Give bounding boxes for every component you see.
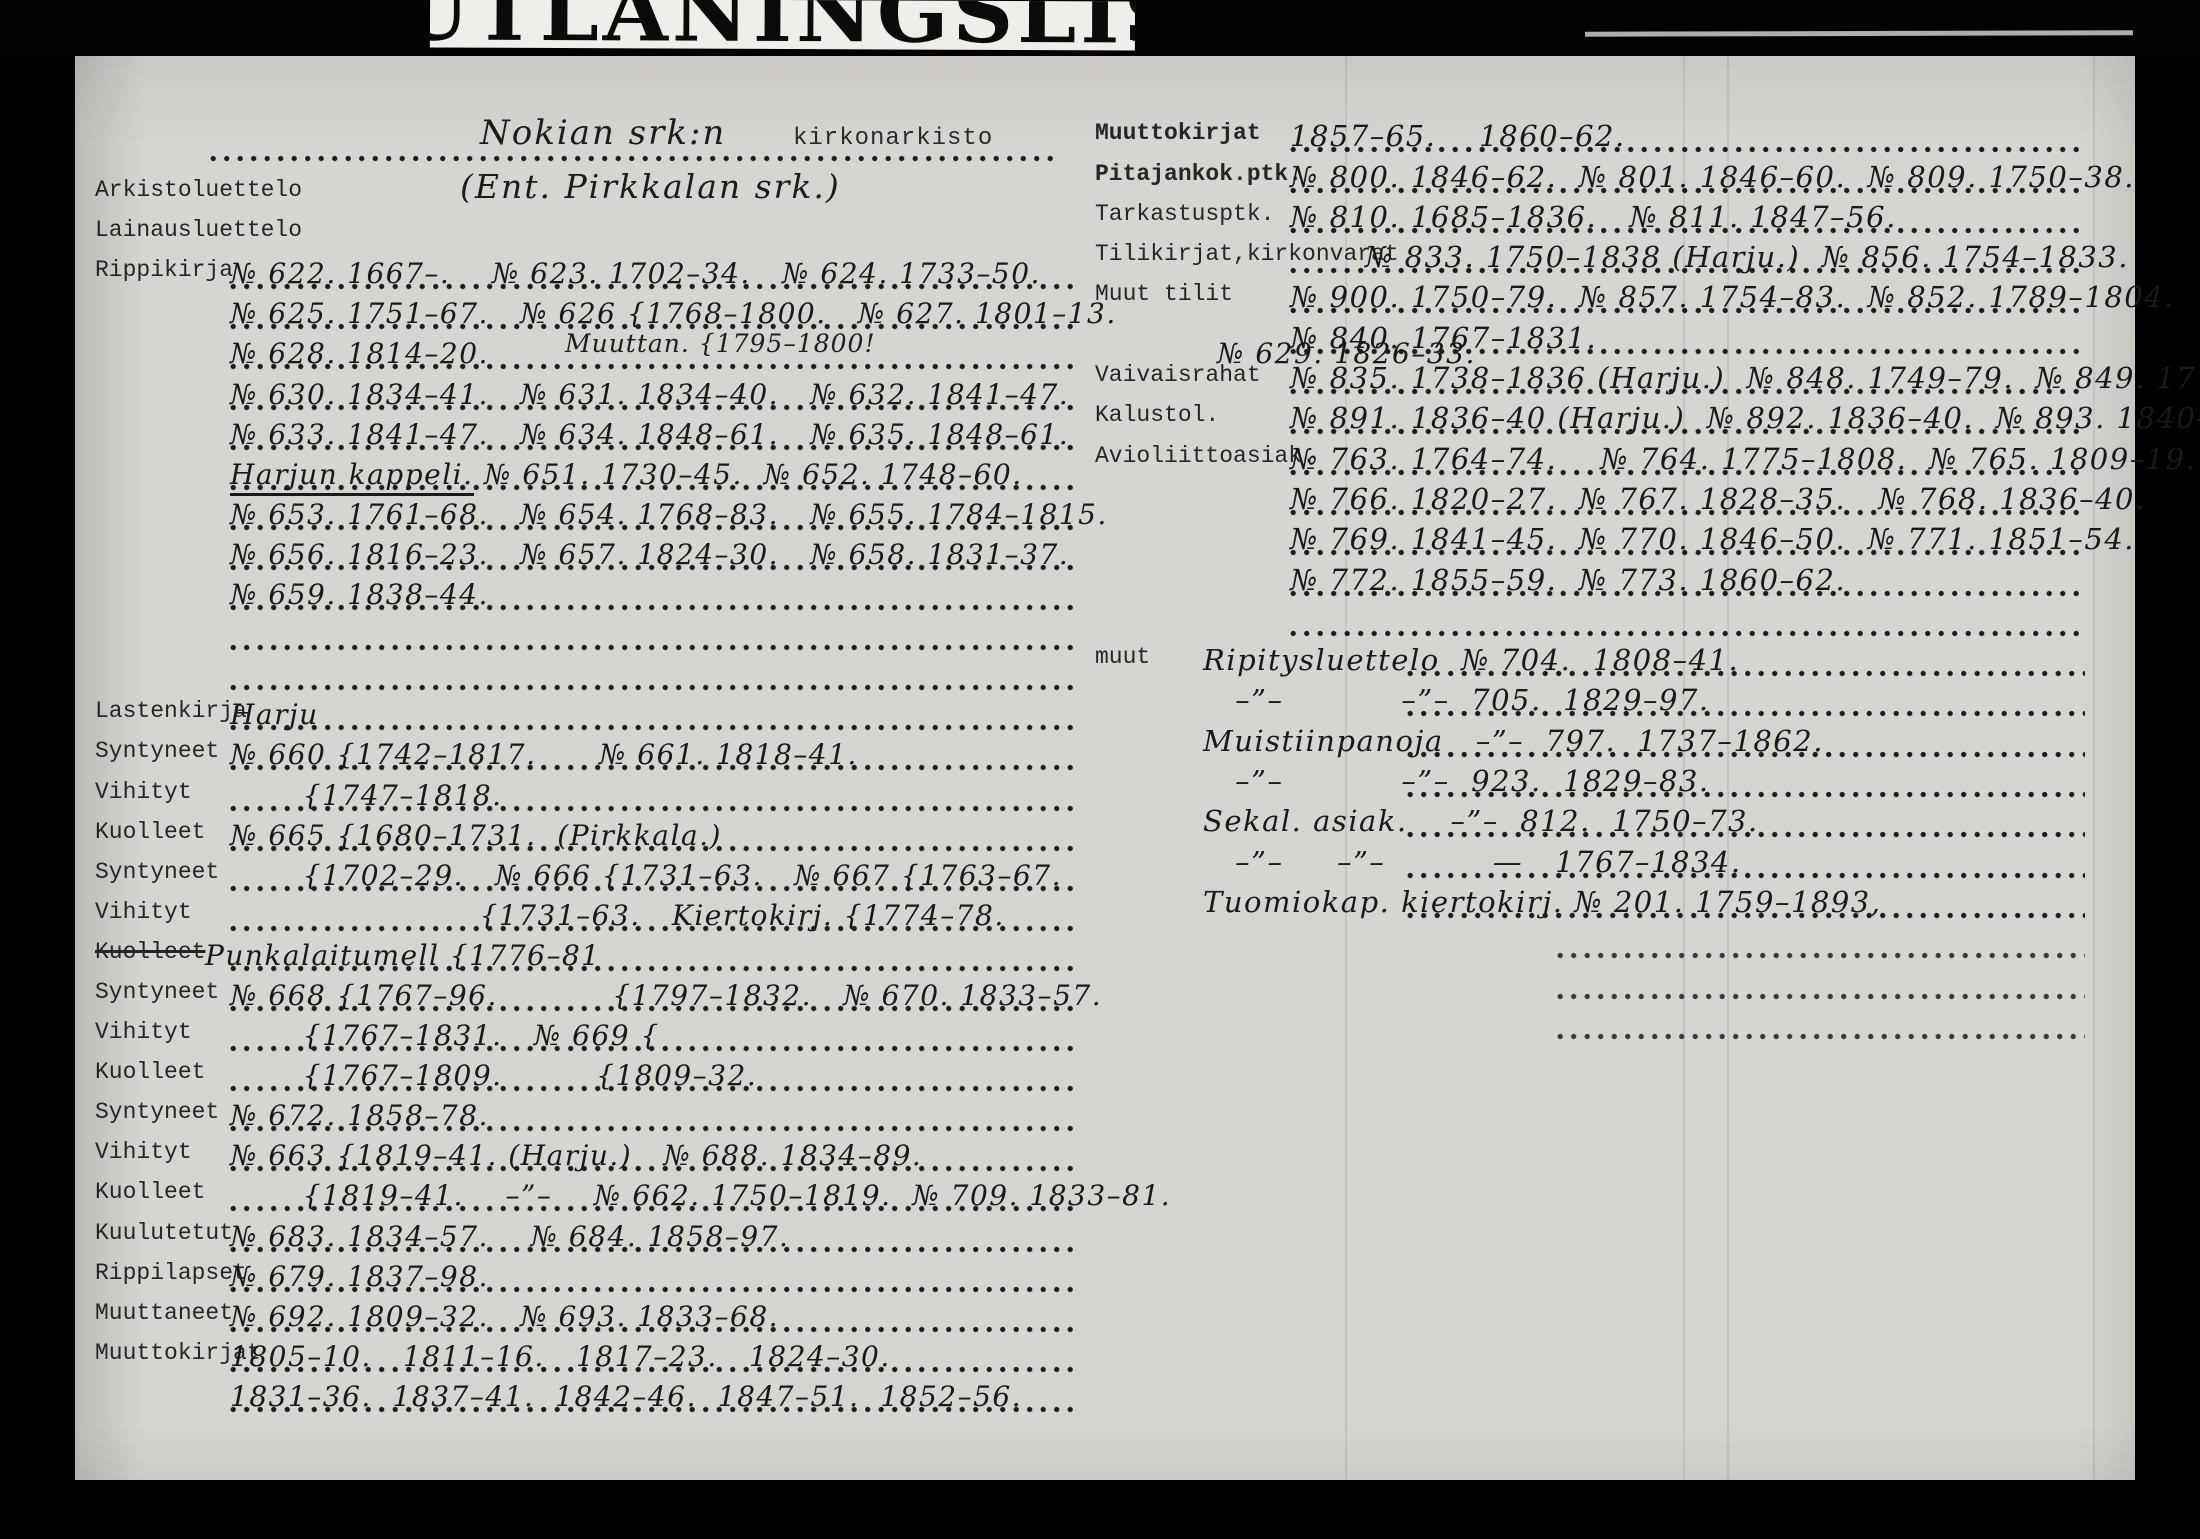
dotted-line — [1290, 549, 2085, 556]
ledger-row: Lastenkirja Harju — [95, 691, 1155, 731]
row-label: Vihityt — [95, 899, 192, 925]
ledger-row: Syntyneet № 660 {1742–1817. № 661. 1818–… — [95, 731, 1155, 771]
row-label: Syntyneet — [95, 1099, 219, 1125]
dotted-line — [230, 1005, 1080, 1012]
row-label: Kuolleet — [95, 1179, 205, 1205]
row-label: Arkistoluettelo — [95, 177, 302, 203]
parish-name-handwritten: Nokian srk:n — [480, 113, 726, 153]
ledger-row: –”– –”– 923. 1829–83. — [1095, 758, 2175, 798]
dotted-line — [230, 1165, 1080, 1172]
dotted-line — [1290, 227, 2085, 234]
row-label: Vaivaisrahat — [1095, 362, 1261, 388]
row-label: Muuttaneet — [95, 1300, 233, 1326]
ledger-row: № 653. 1761–68. № 654. 1768–83. № 655. 1… — [95, 491, 1155, 531]
dotted-line — [230, 1246, 1080, 1253]
dotted-line — [1557, 993, 2085, 1000]
archive-label-typed: kirkonarkisto — [793, 125, 993, 152]
ledger-row: Muistiinpanoja –”– 797. 1737–1862. — [1095, 717, 2175, 757]
dotted-line — [1557, 1033, 2085, 1040]
dotted-line — [230, 1085, 1080, 1092]
ledger-row: Sekal. asiak. –”– 812. 1750–73. — [1095, 798, 2175, 838]
row-label: Avioliittoasiak. — [1095, 443, 1316, 469]
ledger-row: Lainausluettelo — [95, 210, 1155, 250]
dotted-line — [1407, 872, 2085, 879]
ledger-row: 1831–36. 1837–41. 1842–46. 1847–51. 1852… — [95, 1373, 1155, 1413]
dotted-line — [1290, 348, 2085, 355]
ledger-row: Vihityt {1747–1818. — [95, 771, 1155, 811]
ledger-row: muut Ripitysluettelo № 704. 1808–41. — [1095, 637, 2175, 677]
ledger-row: Harjun kappeli. № 651. 1730–45. № 652. 1… — [95, 451, 1155, 491]
dotted-line — [1290, 590, 2085, 597]
ledger-row: № 840. 1767–1831. — [1095, 314, 2175, 354]
ledger-page: Nokian srk:n kirkonarkisto (Ent. Pirkkal… — [75, 55, 2135, 1480]
ledger-row: № 630. 1834–41. № 631. 1834–40. № 632. 1… — [95, 370, 1155, 410]
dotted-line — [230, 724, 1080, 731]
ledger-row: Tuomiokap. kiertokirj. № 201. 1759–1893, — [1095, 879, 2175, 919]
dotted-line — [1290, 469, 2085, 476]
dotted-line — [230, 684, 1080, 691]
row-label: Muuttokirjat — [1095, 120, 1261, 146]
row-label: Muut tilit — [1095, 281, 1233, 307]
dotted-line — [230, 524, 1080, 531]
row-label: Pitajankok.ptk. — [1095, 161, 1302, 187]
ledger-row: Kalustol. № 891. 1836–40 (Harju.) № 892.… — [1095, 395, 2175, 435]
row-label: Vihityt — [95, 779, 192, 805]
dotted-line — [230, 764, 1080, 771]
dotted-line — [1290, 630, 2085, 637]
row-label: Tilikirjat,kirkonvarat — [1095, 241, 1399, 267]
dotted-line — [230, 1045, 1080, 1052]
ledger-row: № 766. 1820–27. № 767. 1828–35. № 768. 1… — [1095, 476, 2175, 516]
ledger-row: –”– –”– — 1767–1834. — [1095, 838, 2175, 878]
ledger-row: Rippilapset № 679. 1837–98. — [95, 1253, 1155, 1293]
dotted-line — [230, 484, 1080, 491]
ledger-row: Kuolleet № 665 {1680–1731. (Pirkkala.) — [95, 812, 1155, 852]
dotted-line — [230, 363, 1080, 370]
dotted-line — [1407, 670, 2085, 677]
row-label: Syntyneet — [95, 738, 219, 764]
dotted-line — [230, 1205, 1080, 1212]
ledger-row: Vihityt {1731–63. Kiertokirj. {1774–78. — [95, 892, 1155, 932]
ledger-row: № 628. 1814–20. № 629. 1826–33. Muuttan.… — [95, 330, 1155, 370]
ledger-row: –”– –”– 705. 1829–97. — [1095, 677, 2175, 717]
ledger-row: Syntyneet № 668 {1767–96. {1797–1832. № … — [95, 972, 1155, 1012]
dotted-line — [230, 1366, 1080, 1373]
ledger-row: № 633. 1841–47. № 634. 1848–61. № 635. 1… — [95, 411, 1155, 451]
dotted-line — [210, 155, 1060, 162]
dotted-line — [230, 604, 1080, 611]
dotted-line — [230, 564, 1080, 571]
row-label: Vihityt — [95, 1139, 192, 1165]
dotted-line — [1290, 267, 2085, 274]
ledger-row: № 769. 1841–45. № 770. 1846–50. № 771. 1… — [1095, 516, 2175, 556]
ledger-row — [1095, 959, 2175, 999]
sign-title: UTLÅNINGSLISTA — [430, 0, 1135, 51]
ledger-row: Muuttokirjat 1857–65. 1860–62. — [1095, 113, 2175, 153]
dotted-line — [230, 644, 1080, 651]
dotted-line — [1407, 710, 2085, 717]
ledger-row: Muut tilit № 900. 1750–79. № 857. 1754–8… — [1095, 274, 2175, 314]
ledger-row — [1095, 597, 2175, 637]
ledger-row: Vaivaisrahat № 835. 1738–1836 (Harju.) №… — [1095, 355, 2175, 395]
dotted-line — [1290, 388, 2085, 395]
ledger-row: Muuttokirjat 1805–10. 1811–16. 1817–23. … — [95, 1333, 1155, 1373]
dotted-line — [1407, 912, 2085, 919]
dotted-line — [1290, 307, 2085, 314]
ledger-row: Tarkastusptk. № 810. 1685–1836. № 811. 1… — [1095, 194, 2175, 234]
ledger-row: № 772. 1855–59. № 773. 1860–62. — [1095, 556, 2175, 596]
dotted-line — [230, 805, 1080, 812]
dotted-line — [1407, 791, 2085, 798]
dotted-line — [230, 1326, 1080, 1333]
ledger-row: № 659. 1838–44. — [95, 571, 1155, 611]
row-label: muut — [1095, 644, 1150, 670]
right-column: Muuttokirjat 1857–65. 1860–62. Pitajanko… — [1095, 113, 2175, 1040]
row-label: Vihityt — [95, 1019, 192, 1045]
dotted-line — [1407, 831, 2085, 838]
dotted-line — [1290, 187, 2085, 194]
top-banner: UTLÅNINGSLISTA — [0, 0, 2200, 56]
ledger-row: Kuulutetut № 683. 1834–57. № 684. 1858–9… — [95, 1212, 1155, 1252]
ledger-row: Avioliittoasiak. № 763. 1764–74. № 764. … — [1095, 435, 2175, 475]
dotted-line — [1290, 428, 2085, 435]
dotted-line — [1407, 751, 2085, 758]
ledger-row: Kuolleet {1819–41. –”– № 662. 1750–1819.… — [95, 1172, 1155, 1212]
ledger-row — [95, 611, 1155, 651]
row-label: Rippilapset — [95, 1260, 247, 1286]
ledger-row: Syntyneet № 672. 1858–78. — [95, 1092, 1155, 1132]
dotted-line — [230, 404, 1080, 411]
photo-background: UTLÅNINGSLISTA Nokian srk:n kirkonarkist… — [0, 0, 2200, 1539]
row-label: Kalustol. — [1095, 402, 1219, 428]
left-column: Arkistoluettelo Lainausluettelo Rippikir… — [95, 170, 1155, 1413]
ledger-row: Rippikirja № 622. 1667–. № 623. 1702–34.… — [95, 250, 1155, 290]
row-label: Lainausluettelo — [95, 217, 302, 243]
dotted-line — [230, 444, 1080, 451]
ledger-row: № 656. 1816–23. № 657. 1824–30. № 658. 1… — [95, 531, 1155, 571]
row-label: Rippikirja — [95, 257, 233, 283]
ledger-row: Pitajankok.ptk. № 800. 1846–62. № 801. 1… — [1095, 153, 2175, 193]
dotted-line — [230, 925, 1080, 932]
dotted-line — [230, 1286, 1080, 1293]
row-interline-note: Muuttan. {1795–1800! — [565, 329, 876, 358]
dotted-line — [230, 1406, 1080, 1413]
row-label: Kuolleet — [95, 819, 205, 845]
dotted-line — [1290, 146, 2085, 153]
ledger-row: Syntyneet {1702–29. № 666 {1731–63. № 66… — [95, 852, 1155, 892]
ledger-row: Muuttaneet № 692. 1809–32. № 693. 1833–6… — [95, 1293, 1155, 1333]
dotted-line — [230, 283, 1080, 290]
dotted-line — [1557, 952, 2085, 959]
ledger-row — [95, 651, 1155, 691]
ledger-row: Tilikirjat,kirkonvarat № 833. 1750–1838 … — [1095, 234, 2175, 274]
row-label: Kuulutetut — [95, 1220, 233, 1246]
row-label: Kuolleet — [95, 1059, 205, 1085]
ledger-row — [1095, 1000, 2175, 1040]
row-label: Kuolleet — [95, 939, 205, 965]
row-label: Lastenkirja — [95, 698, 247, 724]
row-label: Syntyneet — [95, 979, 219, 1005]
dotted-line — [230, 885, 1080, 892]
banner-streak — [1585, 30, 2133, 36]
lending-list-sign: UTLÅNINGSLISTA — [430, 0, 1135, 51]
dotted-line — [230, 845, 1080, 852]
row-label: Tarkastusptk. — [1095, 201, 1274, 227]
dotted-line — [230, 1125, 1080, 1132]
dotted-line — [230, 965, 1080, 972]
ledger-row: Kuolleet {1767–1809. {1809–32. — [95, 1052, 1155, 1092]
ledger-row: Arkistoluettelo — [95, 170, 1155, 210]
row-label: Syntyneet — [95, 859, 219, 885]
ledger-row — [1095, 919, 2175, 959]
ledger-row: Vihityt {1767–1831. № 669 { — [95, 1012, 1155, 1052]
ledger-row: № 625. 1751–67. № 626 {1768–1800. № 627.… — [95, 290, 1155, 330]
dotted-line — [1290, 509, 2085, 516]
ledger-row: Kuolleet Punkalaitumell {1776–81 — [95, 932, 1155, 972]
ledger-row: Vihityt № 663 {1819–41. (Harju.) № 688. … — [95, 1132, 1155, 1172]
scanned-ledger-photo: { "colors": { "background": "#000000", "… — [0, 0, 2200, 1539]
